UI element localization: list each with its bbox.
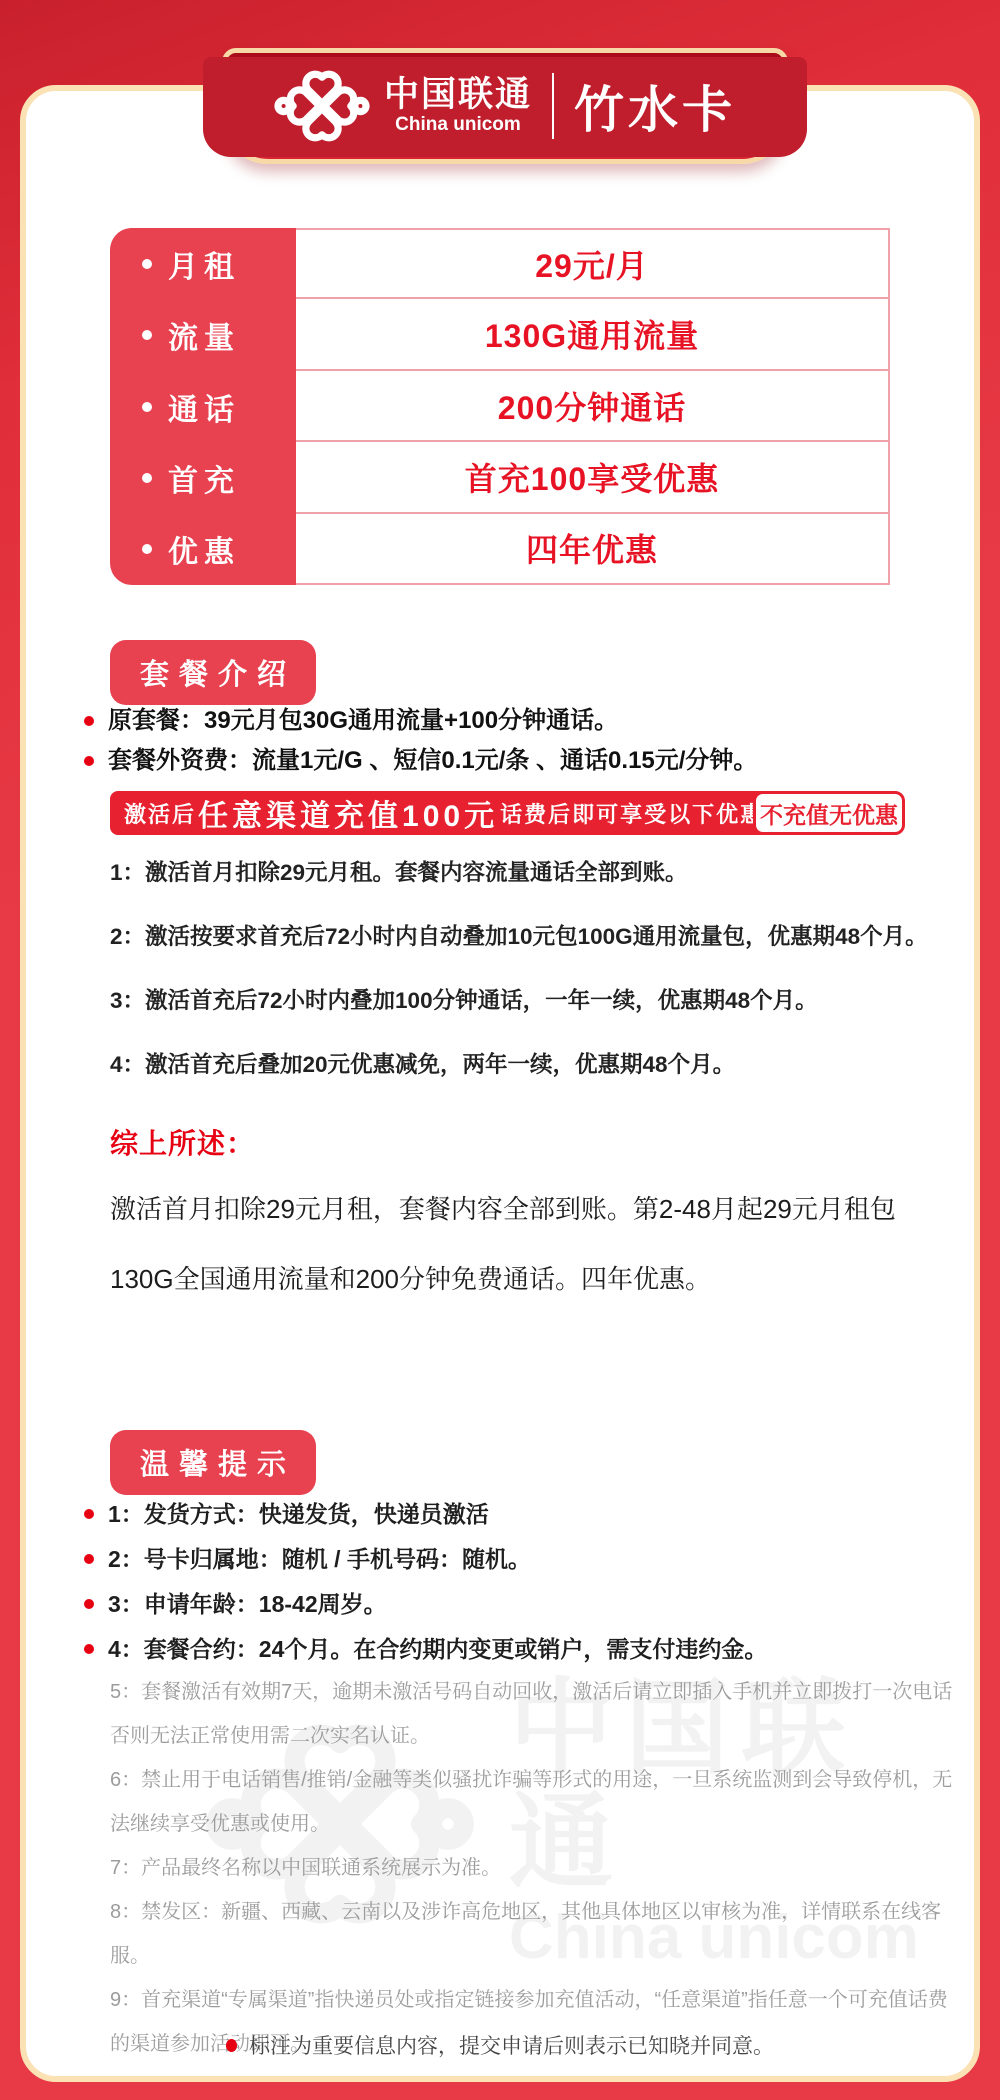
list-item: 2：激活按要求首充后72小时内自动叠加10元包100G通用流量包，优惠期48个月… bbox=[110, 922, 955, 952]
table-row: 流量 130G通用流量 bbox=[110, 299, 890, 370]
plan-table: 月租 29元/月 流量 130G通用流量 通话 200分钟通话 首充 首充100… bbox=[110, 228, 890, 585]
bullet-dot-icon bbox=[226, 2039, 237, 2052]
section-title-tips: 温馨提示 bbox=[110, 1430, 316, 1495]
row-label-text: 月租 bbox=[168, 242, 240, 286]
row-value: 29元/月 bbox=[296, 228, 890, 299]
list-item: 1：激活首月扣除29元月租。套餐内容流量通话全部到账。 bbox=[110, 858, 955, 888]
note-item: 7：产品最终名称以中国联通系统展示为准。 bbox=[110, 1846, 958, 1890]
bullet-text: 套餐外资费：流量1元/G 、短信0.1元/条 、通话0.15元/分钟。 bbox=[108, 745, 757, 777]
bullet-dot-icon bbox=[142, 259, 152, 269]
list-item: 套餐外资费：流量1元/G 、短信0.1元/条 、通话0.15元/分钟。 bbox=[84, 745, 944, 785]
list-item: 3：申请年龄：18-42周岁。 bbox=[84, 1590, 964, 1618]
table-row: 首充 首充100享受优惠 bbox=[110, 442, 890, 513]
list-item: 2：号卡归属地：随机 / 手机号码：随机。 bbox=[84, 1545, 964, 1573]
table-row: 月租 29元/月 bbox=[110, 228, 890, 299]
table-row: 优惠 四年优惠 bbox=[110, 514, 890, 585]
bullet-dot-icon bbox=[84, 1599, 94, 1609]
summary-title: 综上所述： bbox=[110, 1122, 255, 1162]
row-label: 月租 bbox=[110, 228, 296, 299]
row-label: 优惠 bbox=[110, 514, 296, 585]
list-item: 3：激活首充后72小时内叠加100分钟通话，一年一续，优惠期48个月。 bbox=[110, 986, 955, 1016]
bullet-dot-icon bbox=[142, 473, 152, 483]
footer-text: 标注为重要信息内容，提交申请后则表示已知晓并同意。 bbox=[249, 2030, 774, 2060]
bullet-text: 原套餐：39元月包30G通用流量+100分钟通话。 bbox=[108, 705, 618, 737]
bullet-dot-icon bbox=[84, 756, 94, 766]
row-value: 130G通用流量 bbox=[296, 299, 890, 370]
note-item: 5：套餐激活有效期7天，逾期未激活号码自动回收，激活后请立即插入手机并立即拨打一… bbox=[110, 1670, 958, 1758]
list-item: 4：激活首充后叠加20元优惠减免，两年一续，优惠期48个月。 bbox=[110, 1050, 955, 1080]
tip-text: 3：申请年龄：18-42周岁。 bbox=[108, 1590, 387, 1618]
bullet-dot-icon bbox=[84, 716, 94, 726]
tip-text: 2：号卡归属地：随机 / 手机号码：随机。 bbox=[108, 1545, 531, 1573]
note-item: 6：禁止用于电话销售/推销/金融等类似骚扰诈骗等形式的用途，一旦系统监测到会导致… bbox=[110, 1758, 958, 1846]
bullet-dot-icon bbox=[84, 1509, 94, 1519]
note-item: 8：禁发区：新疆、西藏、云南以及涉诈高危地区，其他具体地区以审核为准，详情联系在… bbox=[110, 1890, 958, 1978]
header-divider bbox=[552, 73, 554, 139]
tip-text: 1：发货方式：快递发货，快递员激活 bbox=[108, 1500, 489, 1528]
bullet-dot-icon bbox=[84, 1644, 94, 1654]
no-recharge-badge: 不充值无优惠 bbox=[753, 791, 905, 835]
row-label-text: 优惠 bbox=[168, 527, 240, 571]
card-title: 竹水卡 bbox=[574, 70, 736, 142]
brand-name-cn: 中国联通 bbox=[384, 77, 532, 114]
row-label: 通话 bbox=[110, 371, 296, 442]
row-value: 200分钟通话 bbox=[296, 371, 890, 442]
brand-block: 中国联通 China unicom bbox=[384, 77, 532, 136]
list-item: 4：套餐合约：24个月。在合约期内变更或销户，需支付违约金。 bbox=[84, 1635, 964, 1663]
header-ribbon: 中国联通 China unicom 竹水卡 bbox=[222, 48, 788, 164]
row-label: 流量 bbox=[110, 299, 296, 370]
summary-text: 激活首月扣除29元月租，套餐内容全部到账。第2-48月起29元月租包130G全国… bbox=[110, 1174, 920, 1314]
brand-name-en: China unicom bbox=[395, 115, 521, 135]
row-value: 首充100享受优惠 bbox=[296, 442, 890, 513]
banner-prefix: 激活后 bbox=[124, 798, 196, 829]
fine-print-notes: 5：套餐激活有效期7天，逾期未激活号码自动回收，激活后请立即插入手机并立即拨打一… bbox=[110, 1670, 958, 2066]
bullet-dot-icon bbox=[142, 402, 152, 412]
list-item: 原套餐：39元月包30G通用流量+100分钟通话。 bbox=[84, 705, 944, 745]
row-value: 四年优惠 bbox=[296, 514, 890, 585]
row-label: 首充 bbox=[110, 442, 296, 513]
bullet-dot-icon bbox=[142, 544, 152, 554]
section-title-intro: 套餐介绍 bbox=[110, 640, 316, 705]
row-label-text: 通话 bbox=[168, 385, 240, 429]
tips-list: 1：发货方式：快递发货，快递员激活 2：号卡归属地：随机 / 手机号码：随机。 … bbox=[84, 1500, 964, 1680]
unicom-logo-icon bbox=[274, 58, 370, 154]
table-row: 通话 200分钟通话 bbox=[110, 371, 890, 442]
tip-text: 4：套餐合约：24个月。在合约期内变更或销户，需支付违约金。 bbox=[108, 1635, 767, 1663]
offer-details-list: 1：激活首月扣除29元月租。套餐内容流量通话全部到账。 2：激活按要求首充后72… bbox=[110, 858, 955, 1114]
activation-offer-banner: 激活后 任意渠道充值100元 话费后即可享受以下优惠 bbox=[110, 791, 778, 835]
promo-poster: 中国联通 China unicom 中国联通 China unicom 竹水卡 … bbox=[0, 0, 1000, 2100]
bullet-dot-icon bbox=[84, 1554, 94, 1564]
row-label-text: 首充 bbox=[168, 456, 240, 500]
intro-bullets: 原套餐：39元月包30G通用流量+100分钟通话。 套餐外资费：流量1元/G 、… bbox=[84, 705, 944, 785]
list-item: 1：发货方式：快递发货，快递员激活 bbox=[84, 1500, 964, 1528]
footer-note: 标注为重要信息内容，提交申请后则表示已知晓并同意。 bbox=[0, 2030, 1000, 2060]
bullet-dot-icon bbox=[142, 330, 152, 340]
banner-suffix: 话费后即可享受以下优惠 bbox=[500, 798, 764, 829]
banner-emphasis: 任意渠道充值100元 bbox=[198, 791, 498, 835]
row-label-text: 流量 bbox=[168, 313, 240, 357]
